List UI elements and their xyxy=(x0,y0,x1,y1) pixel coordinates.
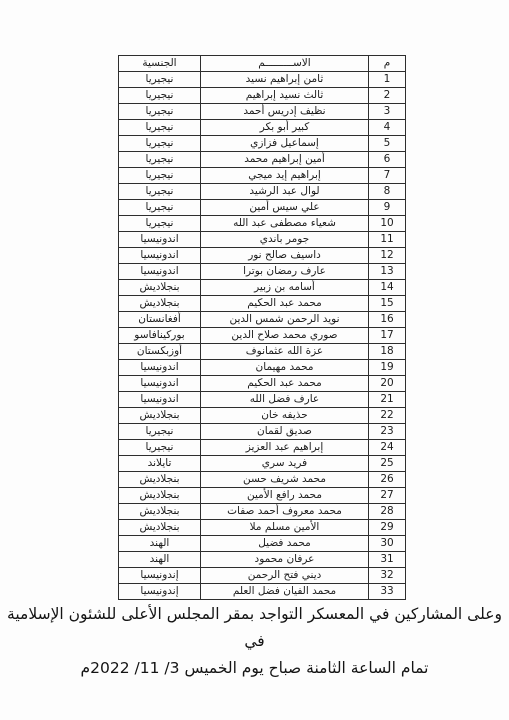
cell-name: محمد عبد الحكيم xyxy=(201,376,369,392)
cell-name: شعياء مصطفى عبد الله xyxy=(201,216,369,232)
cell-name: أسامه بن زبير xyxy=(201,280,369,296)
cell-name: الأمين مسلم ملا xyxy=(201,520,369,536)
cell-name: محمد معروف أحمد صفات xyxy=(201,504,369,520)
cell-name: عزة الله عثمانوف xyxy=(201,344,369,360)
footer-line-1: وعلى المشاركين في المعسكر التواجد بمقر ا… xyxy=(0,601,509,655)
cell-index: 19 xyxy=(369,360,406,376)
table-row: 29الأمين مسلم ملابنجلاديش xyxy=(119,520,406,536)
footer-line-2: تمام الساعة الثامنة صباح يوم الخميس 3/ 1… xyxy=(0,655,509,682)
cell-nationality: بوركينافاسو xyxy=(119,328,201,344)
cell-index: 2 xyxy=(369,88,406,104)
table-row: 3نظيف إدريس أحمدنيجيريا xyxy=(119,104,406,120)
cell-index: 16 xyxy=(369,312,406,328)
cell-name: صوري محمد صلاح الدين xyxy=(201,328,369,344)
cell-name: كبير أبو بكر xyxy=(201,120,369,136)
table-row: 13عارف رمضان بوترااندونيسيا xyxy=(119,264,406,280)
cell-nationality: إندونيسيا xyxy=(119,568,201,584)
cell-index: 13 xyxy=(369,264,406,280)
cell-index: 11 xyxy=(369,232,406,248)
table-row: 20محمد عبد الحكيماندونيسيا xyxy=(119,376,406,392)
cell-nationality: نيجيريا xyxy=(119,120,201,136)
cell-name: نظيف إدريس أحمد xyxy=(201,104,369,120)
cell-index: 3 xyxy=(369,104,406,120)
table-row: 8لوال عبد الرشيدنيجيريا xyxy=(119,184,406,200)
cell-nationality: نيجيريا xyxy=(119,88,201,104)
cell-nationality: بنجلاديش xyxy=(119,504,201,520)
cell-name: فريد سري xyxy=(201,456,369,472)
table-row: 32ديني فتح الرحمنإندونيسيا xyxy=(119,568,406,584)
cell-nationality: نيجيريا xyxy=(119,200,201,216)
cell-index: 18 xyxy=(369,344,406,360)
header-index: م xyxy=(369,56,406,72)
cell-name: إسماعيل فزازي xyxy=(201,136,369,152)
table-row: 15محمد عبد الحكيمبنجلاديش xyxy=(119,296,406,312)
table-row: 27محمد رافع الأمينبنجلاديش xyxy=(119,488,406,504)
cell-index: 24 xyxy=(369,440,406,456)
table-row: 12داسيف صالح نوراندونيسيا xyxy=(119,248,406,264)
cell-index: 27 xyxy=(369,488,406,504)
cell-nationality: اندونيسيا xyxy=(119,232,201,248)
cell-name: نويد الرحمن شمس الدين xyxy=(201,312,369,328)
cell-name: حذيفه خان xyxy=(201,408,369,424)
cell-name: ديني فتح الرحمن xyxy=(201,568,369,584)
cell-name: محمد شريف حسن xyxy=(201,472,369,488)
table-row: 33محمد الفيان فضل العلمإندونيسيا xyxy=(119,584,406,600)
cell-nationality: اندونيسيا xyxy=(119,248,201,264)
cell-nationality: إندونيسيا xyxy=(119,584,201,600)
table-row: 25فريد سريتايلاند xyxy=(119,456,406,472)
cell-name: محمد الفيان فضل العلم xyxy=(201,584,369,600)
cell-nationality: اندونيسيا xyxy=(119,360,201,376)
cell-nationality: بنجلاديش xyxy=(119,408,201,424)
cell-name: محمد مهيمان xyxy=(201,360,369,376)
table-header-row: م الاســـــــــم الجنسية xyxy=(119,56,406,72)
cell-index: 30 xyxy=(369,536,406,552)
cell-index: 28 xyxy=(369,504,406,520)
cell-nationality: نيجيريا xyxy=(119,72,201,88)
header-nationality: الجنسية xyxy=(119,56,201,72)
cell-nationality: نيجيريا xyxy=(119,216,201,232)
table-body: 1ثامن إبراهيم نسيدنيجيريا2ثالث نسيد إبرا… xyxy=(119,72,406,600)
cell-index: 8 xyxy=(369,184,406,200)
cell-index: 22 xyxy=(369,408,406,424)
cell-index: 1 xyxy=(369,72,406,88)
table-row: 4كبير أبو بكرنيجيريا xyxy=(119,120,406,136)
cell-nationality: نيجيريا xyxy=(119,104,201,120)
cell-nationality: الهند xyxy=(119,552,201,568)
cell-name: لوال عبد الرشيد xyxy=(201,184,369,200)
cell-index: 9 xyxy=(369,200,406,216)
cell-index: 26 xyxy=(369,472,406,488)
cell-index: 12 xyxy=(369,248,406,264)
cell-nationality: نيجيريا xyxy=(119,152,201,168)
table-row: 5إسماعيل فزازينيجيريا xyxy=(119,136,406,152)
table-row: 6أمين إبراهيم محمدنيجيريا xyxy=(119,152,406,168)
table-row: 22حذيفه خانبنجلاديش xyxy=(119,408,406,424)
cell-nationality: اندونيسيا xyxy=(119,392,201,408)
cell-nationality: بنجلاديش xyxy=(119,280,201,296)
cell-name: ثامن إبراهيم نسيد xyxy=(201,72,369,88)
cell-index: 17 xyxy=(369,328,406,344)
cell-name: عارف رمضان بوترا xyxy=(201,264,369,280)
table-row: 26محمد شريف حسنبنجلاديش xyxy=(119,472,406,488)
cell-name: أمين إبراهيم محمد xyxy=(201,152,369,168)
table-row: 17صوري محمد صلاح الدينبوركينافاسو xyxy=(119,328,406,344)
cell-name: إبراهيم عبد العزيز xyxy=(201,440,369,456)
cell-name: إبراهيم إيد ميجي xyxy=(201,168,369,184)
cell-nationality: اندونيسيا xyxy=(119,264,201,280)
cell-index: 23 xyxy=(369,424,406,440)
document-page: م الاســـــــــم الجنسية 1ثامن إبراهيم ن… xyxy=(0,0,509,720)
table-row: 24إبراهيم عبد العزيزنيجيريا xyxy=(119,440,406,456)
table-row: 1ثامن إبراهيم نسيدنيجيريا xyxy=(119,72,406,88)
cell-name: علي سيس أمين xyxy=(201,200,369,216)
participants-table: م الاســـــــــم الجنسية 1ثامن إبراهيم ن… xyxy=(118,55,406,600)
cell-nationality: نيجيريا xyxy=(119,184,201,200)
cell-name: محمد عبد الحكيم xyxy=(201,296,369,312)
table-row: 7إبراهيم إيد ميجينيجيريا xyxy=(119,168,406,184)
cell-index: 7 xyxy=(369,168,406,184)
cell-name: ثالث نسيد إبراهيم xyxy=(201,88,369,104)
cell-nationality: بنجلاديش xyxy=(119,472,201,488)
table-row: 11جومر باندياندونيسيا xyxy=(119,232,406,248)
cell-name: محمد فضيل xyxy=(201,536,369,552)
table-row: 23صديق لقماننيجيريا xyxy=(119,424,406,440)
cell-nationality: نيجيريا xyxy=(119,168,201,184)
cell-nationality: نيجيريا xyxy=(119,440,201,456)
table-row: 31عرفان محمودالهند xyxy=(119,552,406,568)
cell-index: 4 xyxy=(369,120,406,136)
table-row: 28محمد معروف أحمد صفاتبنجلاديش xyxy=(119,504,406,520)
table-row: 19محمد مهيماناندونيسيا xyxy=(119,360,406,376)
cell-name: داسيف صالح نور xyxy=(201,248,369,264)
cell-nationality: اندونيسيا xyxy=(119,376,201,392)
cell-nationality: أفغانستان xyxy=(119,312,201,328)
cell-nationality: أوزبكستان xyxy=(119,344,201,360)
cell-name: صديق لقمان xyxy=(201,424,369,440)
cell-index: 33 xyxy=(369,584,406,600)
cell-index: 31 xyxy=(369,552,406,568)
cell-nationality: بنجلاديش xyxy=(119,488,201,504)
cell-nationality: نيجيريا xyxy=(119,424,201,440)
cell-index: 32 xyxy=(369,568,406,584)
header-name: الاســـــــــم xyxy=(201,56,369,72)
cell-index: 20 xyxy=(369,376,406,392)
table-row: 21عارف فضل اللهاندونيسيا xyxy=(119,392,406,408)
table-row: 30محمد فضيلالهند xyxy=(119,536,406,552)
cell-index: 6 xyxy=(369,152,406,168)
cell-index: 25 xyxy=(369,456,406,472)
cell-index: 5 xyxy=(369,136,406,152)
table-row: 14أسامه بن زبيربنجلاديش xyxy=(119,280,406,296)
table-row: 2ثالث نسيد إبراهيمنيجيريا xyxy=(119,88,406,104)
cell-nationality: بنجلاديش xyxy=(119,296,201,312)
cell-name: محمد رافع الأمين xyxy=(201,488,369,504)
cell-index: 15 xyxy=(369,296,406,312)
table-row: 16نويد الرحمن شمس الدينأفغانستان xyxy=(119,312,406,328)
cell-nationality: الهند xyxy=(119,536,201,552)
cell-index: 21 xyxy=(369,392,406,408)
cell-index: 29 xyxy=(369,520,406,536)
cell-nationality: تايلاند xyxy=(119,456,201,472)
cell-name: جومر باندي xyxy=(201,232,369,248)
table-row: 9علي سيس أميننيجيريا xyxy=(119,200,406,216)
cell-nationality: نيجيريا xyxy=(119,136,201,152)
table-row: 10شعياء مصطفى عبد اللهنيجيريا xyxy=(119,216,406,232)
table-row: 18عزة الله عثمانوفأوزبكستان xyxy=(119,344,406,360)
cell-nationality: بنجلاديش xyxy=(119,520,201,536)
cell-index: 10 xyxy=(369,216,406,232)
cell-name: عرفان محمود xyxy=(201,552,369,568)
footer-note: وعلى المشاركين في المعسكر التواجد بمقر ا… xyxy=(0,601,509,682)
cell-index: 14 xyxy=(369,280,406,296)
cell-name: عارف فضل الله xyxy=(201,392,369,408)
